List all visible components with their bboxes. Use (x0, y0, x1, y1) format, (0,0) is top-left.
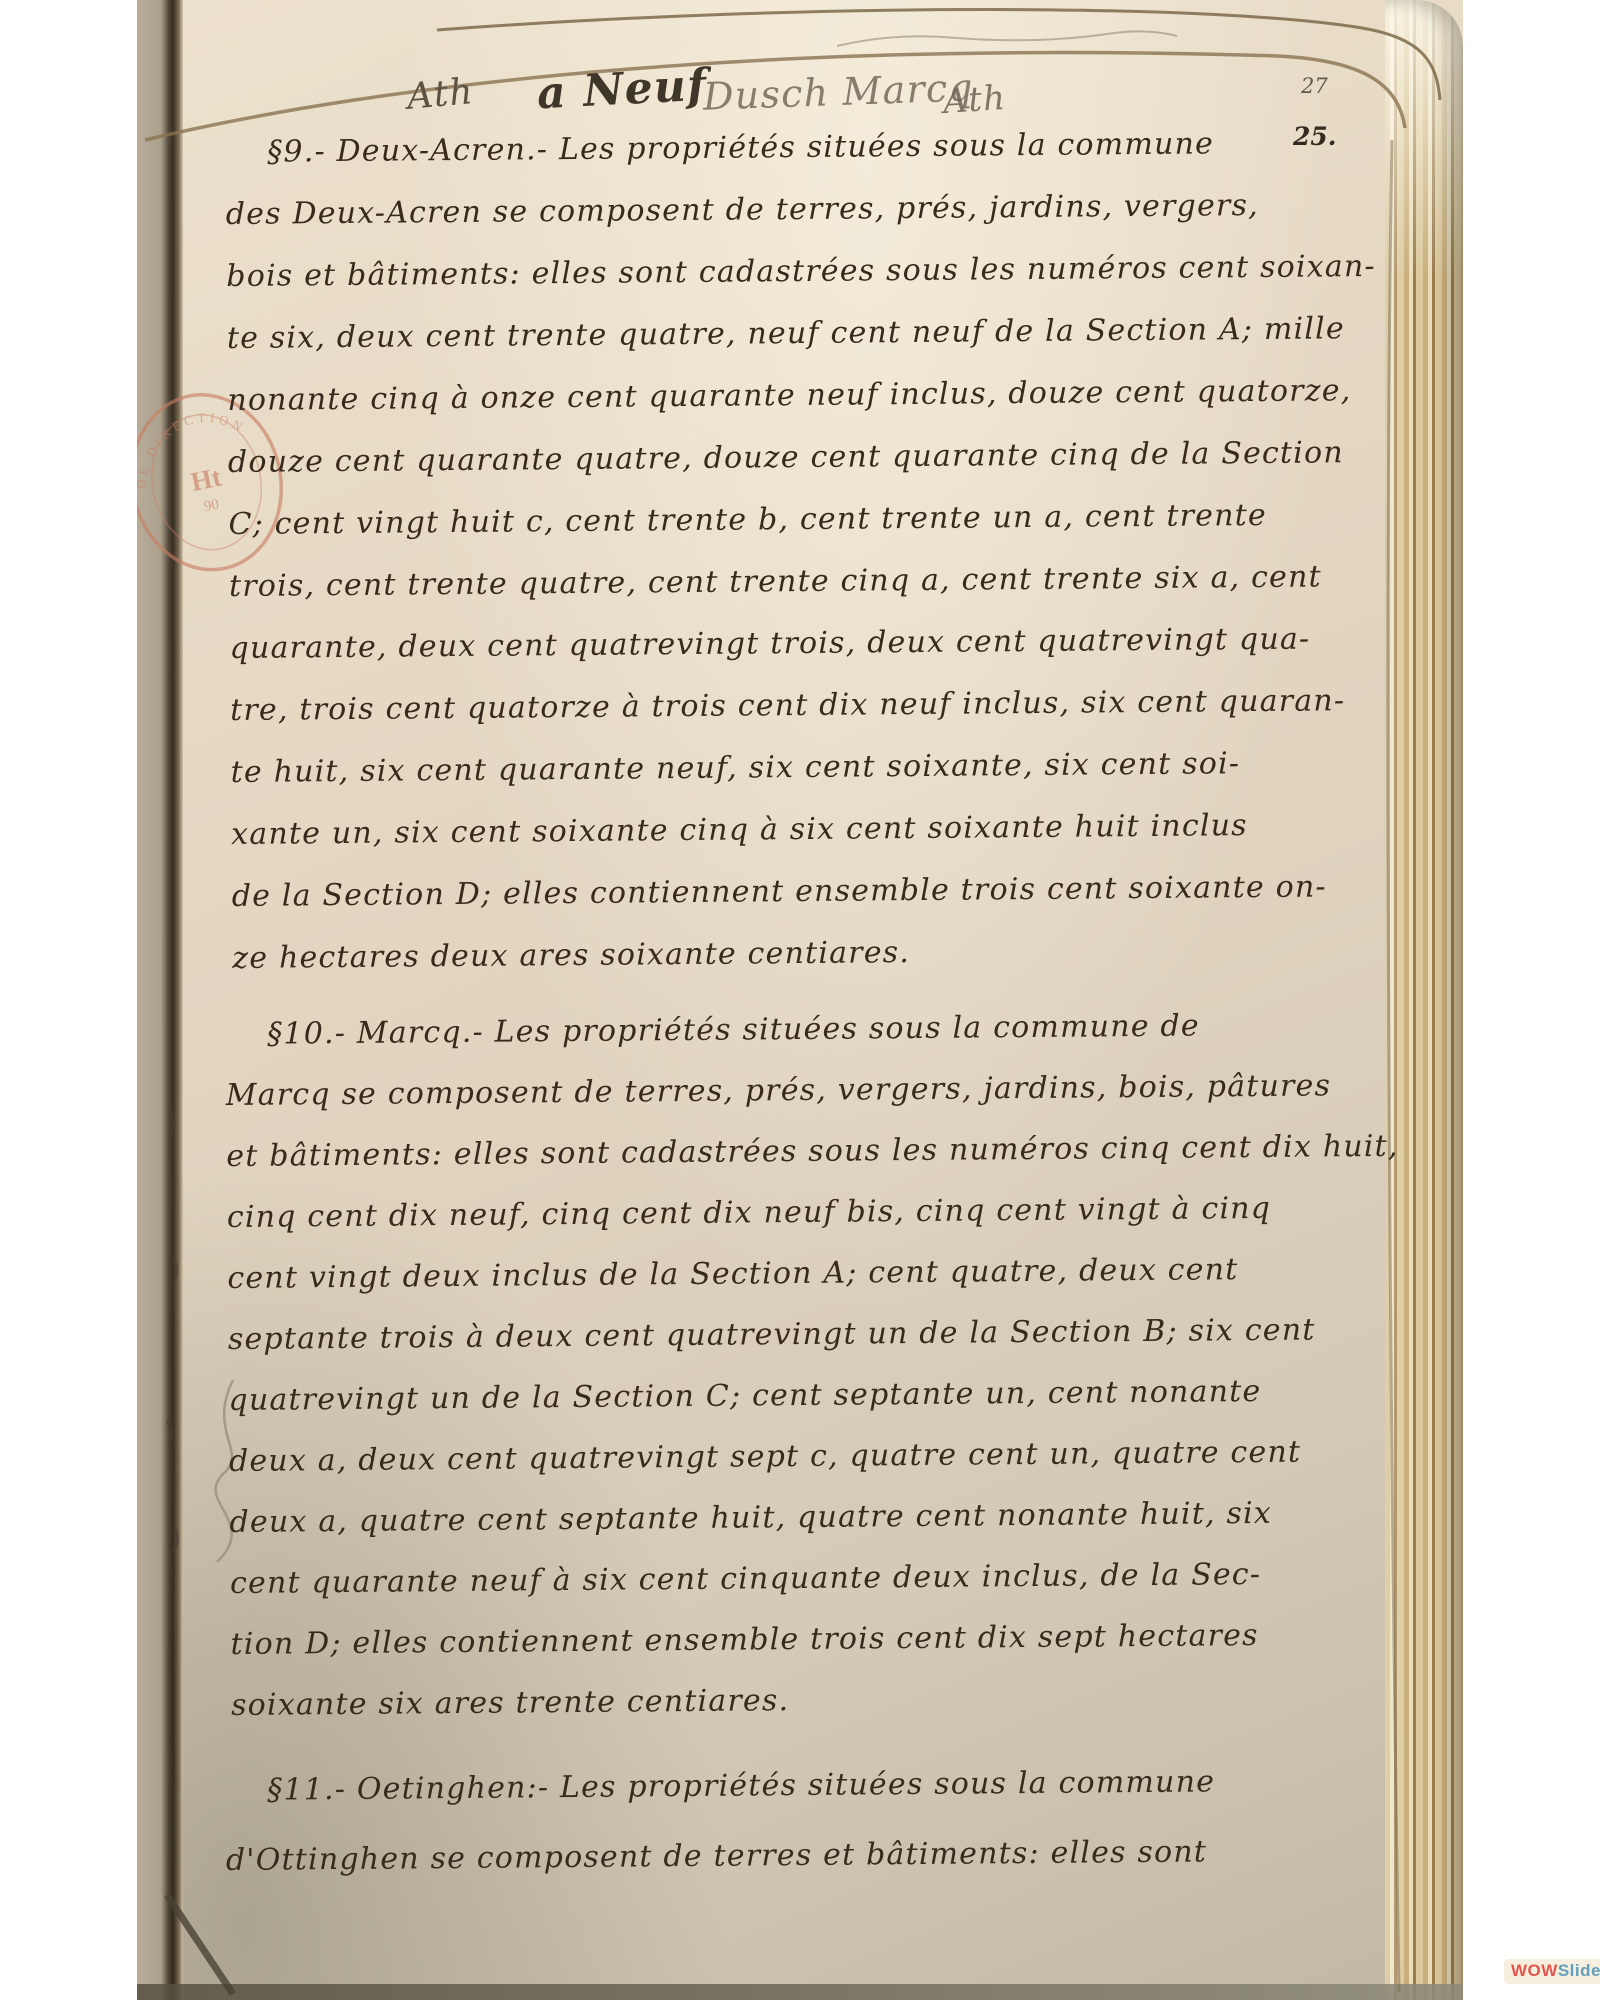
manuscript-line: xante un, six cent soixante cinq à six c… (231, 794, 1411, 866)
manuscript-line: tre, trois cent quatorze à trois cent di… (230, 670, 1410, 742)
manuscript-line: septante trois à deux cent quatrevingt u… (228, 1299, 1408, 1370)
wowslider-watermark[interactable]: WOWSlider (1504, 1959, 1600, 1984)
manuscript-line: des Deux-Acren se composent de terres, p… (226, 174, 1406, 246)
manuscript-line: Marcq se composent de terres, prés, verg… (226, 1055, 1406, 1126)
left-page-ink-marks (167, 1112, 178, 1552)
previous-page-number: 27 (1301, 74, 1328, 98)
manuscript-line: quarante, deux cent quatrevingt trois, d… (229, 608, 1409, 680)
manuscript-line: cent vingt deux inclus de la Section A; … (227, 1238, 1407, 1309)
manuscript-line: ze hectares deux ares soixante centiares… (232, 918, 1412, 990)
manuscript-line: douze cent quarante quatre, douze cent q… (228, 422, 1408, 494)
faded-header-scribble (837, 31, 1177, 46)
manuscript-photo: DE DIRECTION Ht 90 Ath a Neuf Dusch Marc… (137, 0, 1463, 2000)
manuscript-line: §11.- Oetinghen:- Les propriétés situées… (225, 1746, 1406, 1826)
manuscript-line: te six, deux cent trente quatre, neuf ce… (227, 298, 1407, 370)
header-annotation-2: a Neuf (536, 60, 709, 120)
manuscript-line: §9.- Deux-Acren.- Les propriétés situées… (225, 112, 1405, 184)
manuscript-line: deux a, deux cent quatrevingt sept c, qu… (229, 1421, 1409, 1492)
stamp-number-text: 90 (203, 496, 221, 515)
stamp-center-text: Ht (188, 462, 224, 498)
manuscript-line: trois, cent trente quatre, cent trente c… (229, 546, 1409, 618)
paragraph-11-oetinghen: §11.- Oetinghen:- Les propriétés situées… (225, 1746, 1406, 1896)
manuscript-line: quatrevingt un de la Section C; cent sep… (228, 1360, 1408, 1431)
paragraph-10-marcq: §10.- Marcq.- Les propriétés situées sou… (225, 994, 1411, 1736)
header-annotation-1: Ath (405, 71, 475, 118)
manuscript-line: soixante six ares trente centiares. (231, 1665, 1411, 1736)
manuscript-line: et bâtiments: elles sont cadastrées sous… (226, 1116, 1406, 1187)
manuscript-line: cent quarante neuf à six cent cinquante … (230, 1543, 1410, 1614)
manuscript-line: deux a, quatre cent septante huit, quatr… (229, 1482, 1409, 1553)
paragraph-9-deux-acren: §9.- Deux-Acren.- Les propriétés situées… (225, 112, 1413, 990)
manuscript-line: nonante cinq à onze cent quarante neuf i… (227, 360, 1407, 432)
manuscript-line: C; cent vingt huit c, cent trente b, cen… (228, 484, 1408, 556)
watermark-wow: WOW (1511, 1961, 1558, 1980)
manuscript-line: de la Section D; elles contiennent ensem… (231, 856, 1411, 928)
manuscript-line: bois et bâtiments: elles sont cadastrées… (226, 236, 1406, 308)
watermark-slider: Slider (1558, 1961, 1600, 1980)
manuscript-line: §10.- Marcq.- Les propriétés situées sou… (225, 994, 1405, 1065)
manuscript-line: cinq cent dix neuf, cinq cent dix neuf b… (227, 1177, 1407, 1248)
manuscript-line: te huit, six cent quarante neuf, six cen… (230, 732, 1410, 804)
manuscript-line: d'Ottinghen se composent de terres et bâ… (226, 1816, 1407, 1896)
manuscript-line: tion D; elles contiennent ensemble trois… (230, 1604, 1410, 1675)
